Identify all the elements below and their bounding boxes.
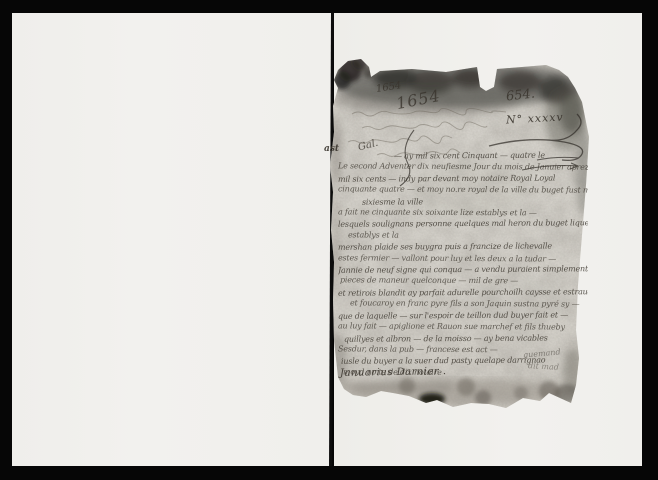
- manuscript-line: cinquante quatre — et moy no.re royal de…: [338, 184, 588, 197]
- manuscript-line: mershan plaide ses buygra puis a franciz…: [338, 240, 588, 253]
- margin-mark: ast: [324, 144, 339, 154]
- manuscript-line: au luy fait — apiglione et Rauon sue mar…: [338, 320, 588, 333]
- scanned-register-page: 1654 1654 654. N° xxxxv ast Gal. — ay mi…: [0, 0, 658, 480]
- year-annotation-right: 654.: [505, 87, 535, 105]
- notary-signature: Januarius Darnier .: [340, 366, 447, 379]
- manuscript-line: et foucaroy en franc pyre fils a son Jaq…: [350, 298, 588, 311]
- backing-page-left: [12, 13, 331, 466]
- faint-fragment: dit mad: [528, 361, 559, 372]
- manuscript-lines: — ay mil six cent Cinquant — quatre leLe…: [338, 150, 588, 380]
